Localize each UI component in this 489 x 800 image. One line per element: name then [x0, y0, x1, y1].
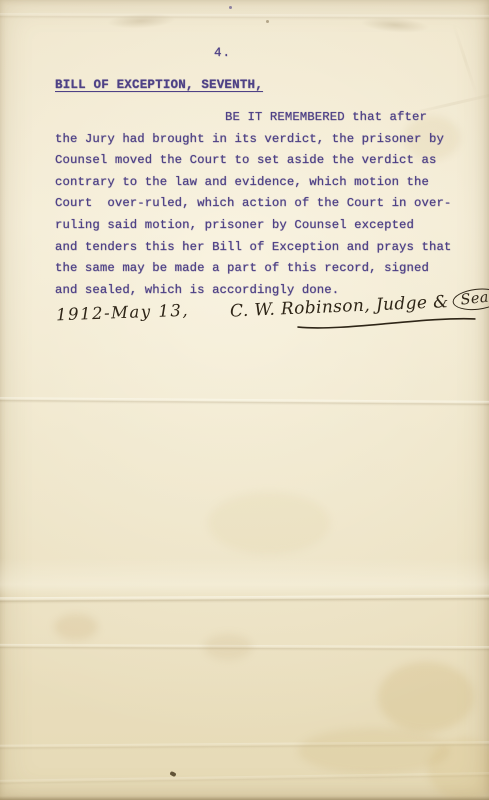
- fold-crease-lower-middle: [0, 644, 489, 652]
- handwritten-date: 1912-May 13,: [56, 301, 190, 325]
- pinch-mark-right: [358, 14, 433, 35]
- fold-crease-top: [0, 13, 489, 21]
- ink-speck-top: [229, 6, 232, 9]
- wrinkle-top-right-vertical: [452, 22, 479, 97]
- fold-crease-bottom: [0, 741, 489, 751]
- bottom-edge-shadow: [0, 796, 489, 800]
- stain-middle: [208, 492, 330, 554]
- stain-left: [54, 614, 98, 640]
- fold-crease-upper-middle: [0, 397, 489, 407]
- brown-speck-top: [266, 20, 269, 23]
- document-body: BE IT REMEMBERED that after the Jury had…: [55, 107, 467, 301]
- page-number: 4.: [214, 46, 231, 60]
- pinch-mark-left: [104, 11, 179, 31]
- document-scan: 4. BILL OF EXCEPTION, SEVENTH, BE IT REM…: [0, 0, 489, 800]
- fold-crease-middle: [0, 595, 489, 605]
- dark-speck: [169, 771, 176, 777]
- stain-bottom-center: [298, 728, 450, 774]
- stain-center-left: [204, 634, 252, 660]
- stain-bottom-corner: [428, 738, 489, 800]
- paper-sheen: [0, 558, 489, 596]
- fold-crease-bottom-wave: [0, 772, 489, 786]
- document-heading: BILL OF EXCEPTION, SEVENTH,: [55, 78, 263, 92]
- stain-bottom-right: [378, 662, 474, 732]
